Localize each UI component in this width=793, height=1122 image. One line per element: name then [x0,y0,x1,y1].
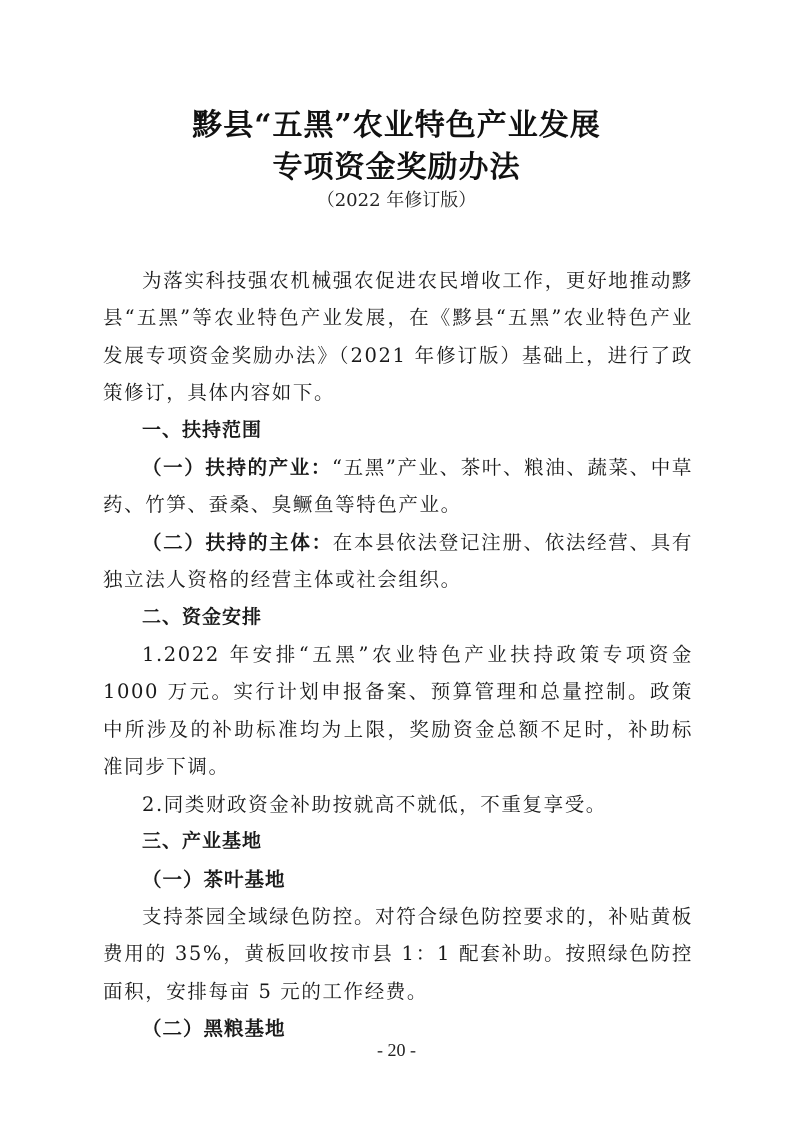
tea-base-paragraph: 支持茶园全域绿色防控。对符合绿色防控要求的，补贴黄板费用的 35%，黄板回收按市… [103,898,693,1010]
document-title-line1: 黟县“五黑”农业特色产业发展 [0,100,793,144]
page-number: - 20 - [0,1040,793,1061]
section-heading-funding: 二、资金安排 [103,599,693,636]
subsection-heading-tea: （一）茶叶基地 [103,861,693,898]
document-subtitle: （2022 年修订版） [0,186,793,212]
scope-item-industries: （一）扶持的产业：“五黑”产业、茶叶、粮油、蔬菜、中草药、竹笋、蚕桑、臭鳜鱼等特… [103,449,693,524]
scope-item-label: （一）扶持的产业： [142,456,332,479]
document-title-line2: 专项资金奖励办法 [0,142,793,186]
intro-paragraph: 为落实科技强农机械强农促进农民增收工作，更好地推动黟县“五黑”等农业特色产业发展… [103,262,693,412]
scope-item-label: （二）扶持的主体： [142,531,333,554]
document-page: 黟县“五黑”农业特色产业发展 专项资金奖励办法 （2022 年修订版） 为落实科… [0,0,793,1122]
document-body: 为落实科技强农机械强农促进农民增收工作，更好地推动黟县“五黑”等农业特色产业发展… [103,262,693,1048]
section-heading-bases: 三、产业基地 [103,823,693,860]
funding-paragraph-1: 1.2022 年安排“五黑”农业特色产业扶持政策专项资金 1000 万元。实行计… [103,636,693,786]
scope-item-entities: （二）扶持的主体：在本县依法登记注册、依法经营、具有独立法人资格的经营主体或社会… [103,524,693,599]
section-heading-scope: 一、扶持范围 [103,412,693,449]
funding-paragraph-2: 2.同类财政资金补助按就高不就低，不重复享受。 [103,786,693,823]
